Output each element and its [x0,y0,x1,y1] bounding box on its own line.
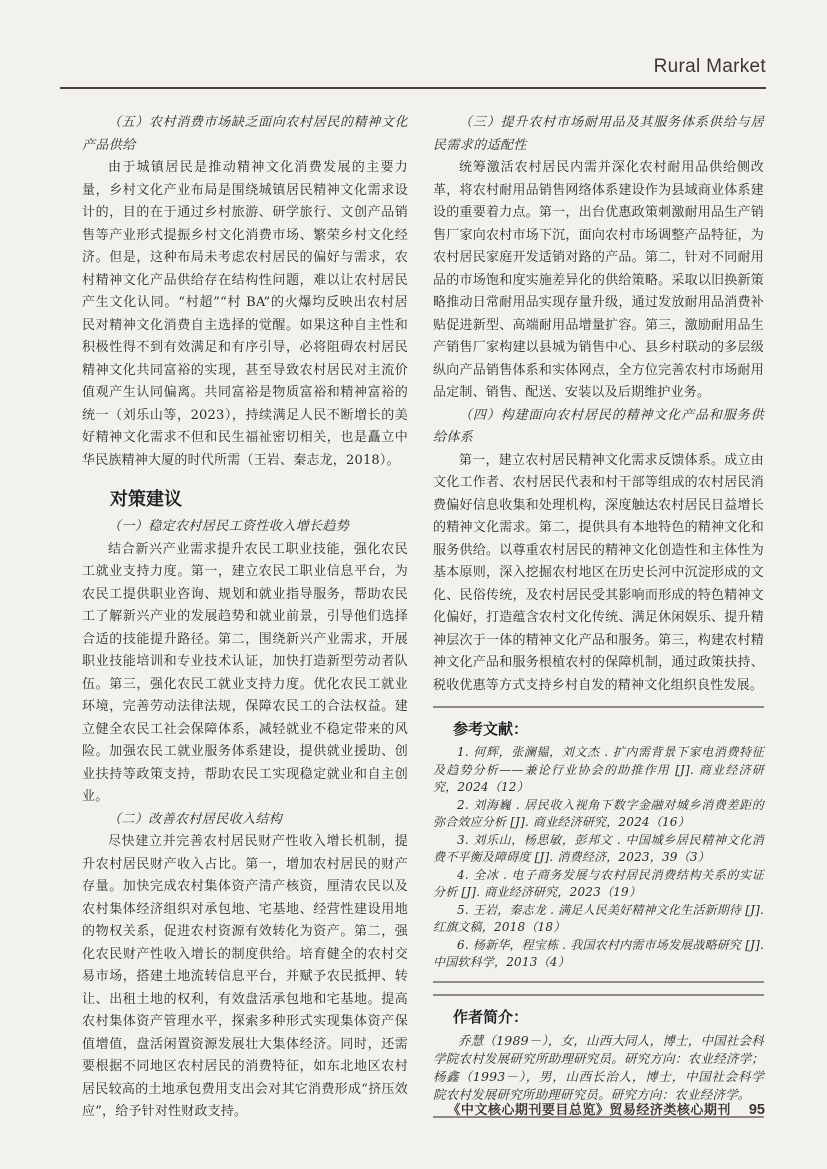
reference-item: 6. 杨新华，程宝栋 . 我国农村内需市场发展战略研究 [J]. 中国软科学，2… [433,937,764,972]
paragraph-sub1: 结合新兴产业需求提升农民工职业技能，强化农民工就业支持力度。第一，建立农民工职业… [82,539,408,809]
subsection-heading-4: （四）构建面向农村居民的精神文化产品和服务供给体系 [433,405,764,450]
paragraph-sec5: 由于城镇居民是推动精神文化消费发展的主要力量，乡村文化产业布局是围绕城镇居民精神… [82,157,408,472]
references-rule-top [433,706,764,708]
reference-item: 1. 何辉，张澜韫，刘文杰 . 扩内需背景下家电消费特征及趋势分析——兼论行业协… [433,744,764,797]
paragraph-sub4: 第一，建立农村居民精神文化需求反馈体系。成立由文化工作者、农村居民代表和村干部等… [433,450,764,698]
paragraph-sub2: 尽快建立并完善农村居民财产性收入增长机制，提升农村居民财产收入占比。第一，增加农… [82,831,408,1124]
reference-item: 3. 刘乐山，杨思敏，彭邦文 . 中国城乡居民精神文化消费不平衡及障碍度 [J]… [433,832,764,867]
subsection-heading-2: （二）改善农村居民收入结构 [82,809,408,832]
header-rule [60,87,766,89]
subsection-heading-1: （一）稳定农村居民工资性收入增长趋势 [82,516,408,539]
paragraph-sub3: 统筹激活农村居民内需并深化农村耐用品供给侧改革，将农村耐用品销售网络体系建设作为… [433,157,764,405]
footer-journal-note: 《中文核心期刊要目总览》贸易经济类核心期刊 [447,1102,731,1117]
subsection-heading-3: （三）提升农村市场耐用品及其服务体系供给与居民需求的适配性 [433,112,764,157]
journal-page: Rural Market （五）农村消费市场缺乏面向农村居民的精神文化产品供给 … [0,0,827,1169]
reference-item: 2. 刘海巍 . 居民收入视角下数字金融对城乡消费差距的弥合效应分析 [J]. … [433,797,764,832]
column-left: （五）农村消费市场缺乏面向农村居民的精神文化产品供给 由于城镇居民是推动精神文化… [82,112,408,1124]
authors-rule-top-2 [433,994,764,996]
authors-rule-top-1 [433,981,764,983]
references-heading: 参考文献： [433,720,764,740]
page-header-title: Rural Market [60,56,766,78]
author-bio: 乔慧（1989－），女，山西大同人，博士，中国社会科学院农村发展研究所助理研究员… [433,1032,764,1104]
authors-heading: 作者简介： [433,1008,764,1028]
subsection-heading-5: （五）农村消费市场缺乏面向农村居民的精神文化产品供给 [82,112,408,157]
column-right: （三）提升农村市场耐用品及其服务体系供给与居民需求的适配性 统筹激活农村居民内需… [433,112,764,1118]
page-footer: 《中文核心期刊要目总览》贸易经济类核心期刊95 [60,1099,765,1119]
reference-item: 5. 王岩，秦志龙 . 满足人民美好精神文化生活新期待 [J]. 红旗文稿，20… [433,902,764,937]
page-number: 95 [749,1102,765,1118]
reference-item: 4. 全冰 . 电子商务发展与农村居民消费结构关系的实证分析 [J]. 商业经济… [433,867,764,902]
section-heading-strategy: 对策建议 [82,486,408,512]
